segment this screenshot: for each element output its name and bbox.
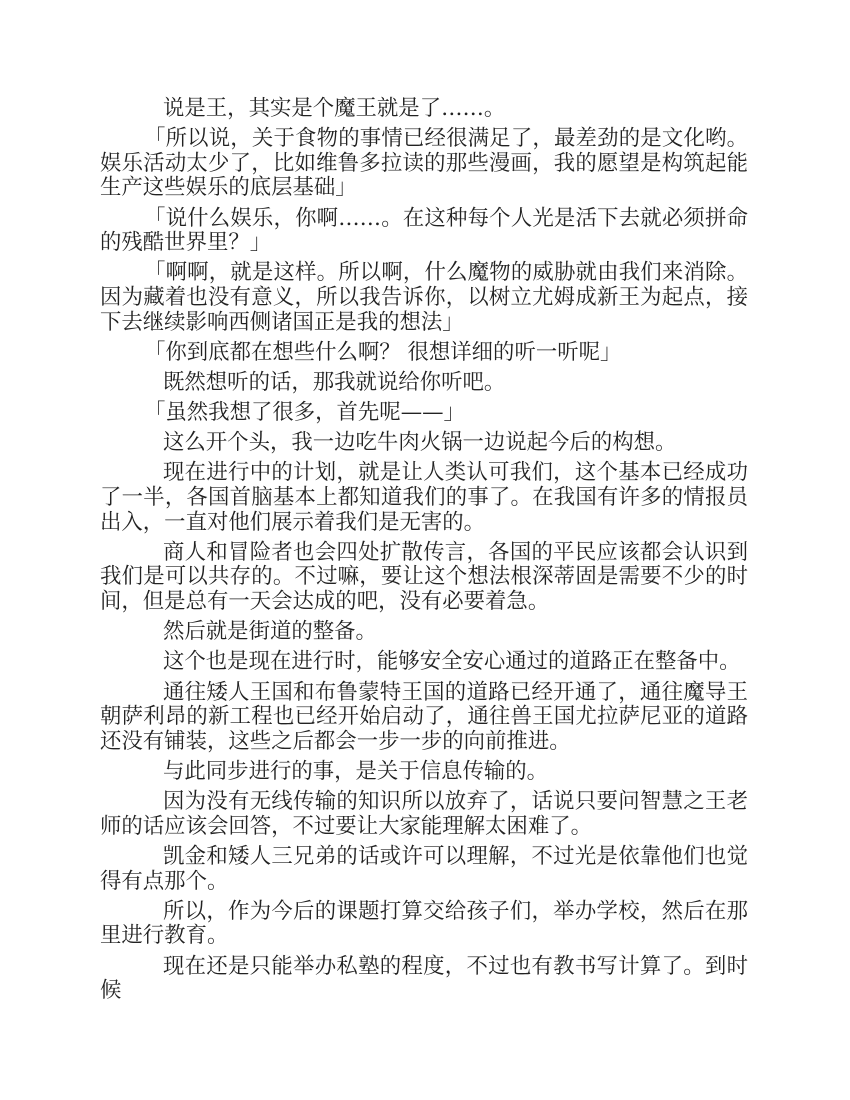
paragraph-narration: 所以，作为今后的课题打算交给孩子们，举办学校，然后在那里进行教育。 [100,900,748,949]
paragraph-narration: 说是王，其实是个魔王就是了……。 [100,97,748,122]
paragraph-narration: 通往矮人王国和布鲁蒙特王国的道路已经开通了，通往魔导王朝萨利昂的新工程也已经开始… [100,681,748,755]
paragraph-narration: 凯金和矮人三兄弟的话或许可以理解，不过光是依靠他们也觉得有点那个。 [100,845,748,894]
paragraph-narration: 商人和冒险者也会四处扩散传言，各国的平民应该都会认识到我们是可以共存的。不过嘛，… [100,541,748,615]
paragraph-narration: 现在进行中的计划，就是让人类认可我们，这个基本已经成功了一半，各国首脑基本上都知… [100,461,748,535]
paragraph-narration: 因为没有无线传输的知识所以放弃了，话说只要问智慧之王老师的话应该会回答，不过要让… [100,790,748,839]
paragraph-dialog: 「啊啊，就是这样。所以啊，什么魔物的威胁就由我们来消除。因为藏着也没有意义，所以… [100,261,748,335]
paragraph-dialog: 「虽然我想了很多，首先呢——」 [100,401,748,426]
paragraph-narration: 既然想听的话，那我就说给你听吧。 [100,371,748,396]
paragraph-dialog: 「你到底都在想些什么啊？ 很想详细的听一听呢」 [100,341,748,366]
paragraph-dialog: 「说什么娱乐，你啊……。在这种每个人光是活下去就必须拼命的残酷世界里？」 [100,207,748,256]
paragraph-narration: 然后就是街道的整备。 [100,620,748,645]
paragraph-narration: 与此同步进行的事，是关于信息传输的。 [100,760,748,785]
paragraph-narration: 这么开个头，我一边吃牛肉火锅一边说起今后的构想。 [100,431,748,456]
paragraph-narration: 现在还是只能举办私塾的程度，不过也有教书写计算了。到时候 [100,955,748,1004]
paragraph-narration: 这个也是现在进行时，能够安全安心通过的道路正在整备中。 [100,650,748,675]
document-page: 说是王，其实是个魔王就是了……。 「所以说，关于食物的事情已经很满足了，最差劲的… [100,97,748,1009]
paragraph-dialog: 「所以说，关于食物的事情已经很满足了，最差劲的是文化哟。娱乐活动太少了，比如维鲁… [100,127,748,201]
